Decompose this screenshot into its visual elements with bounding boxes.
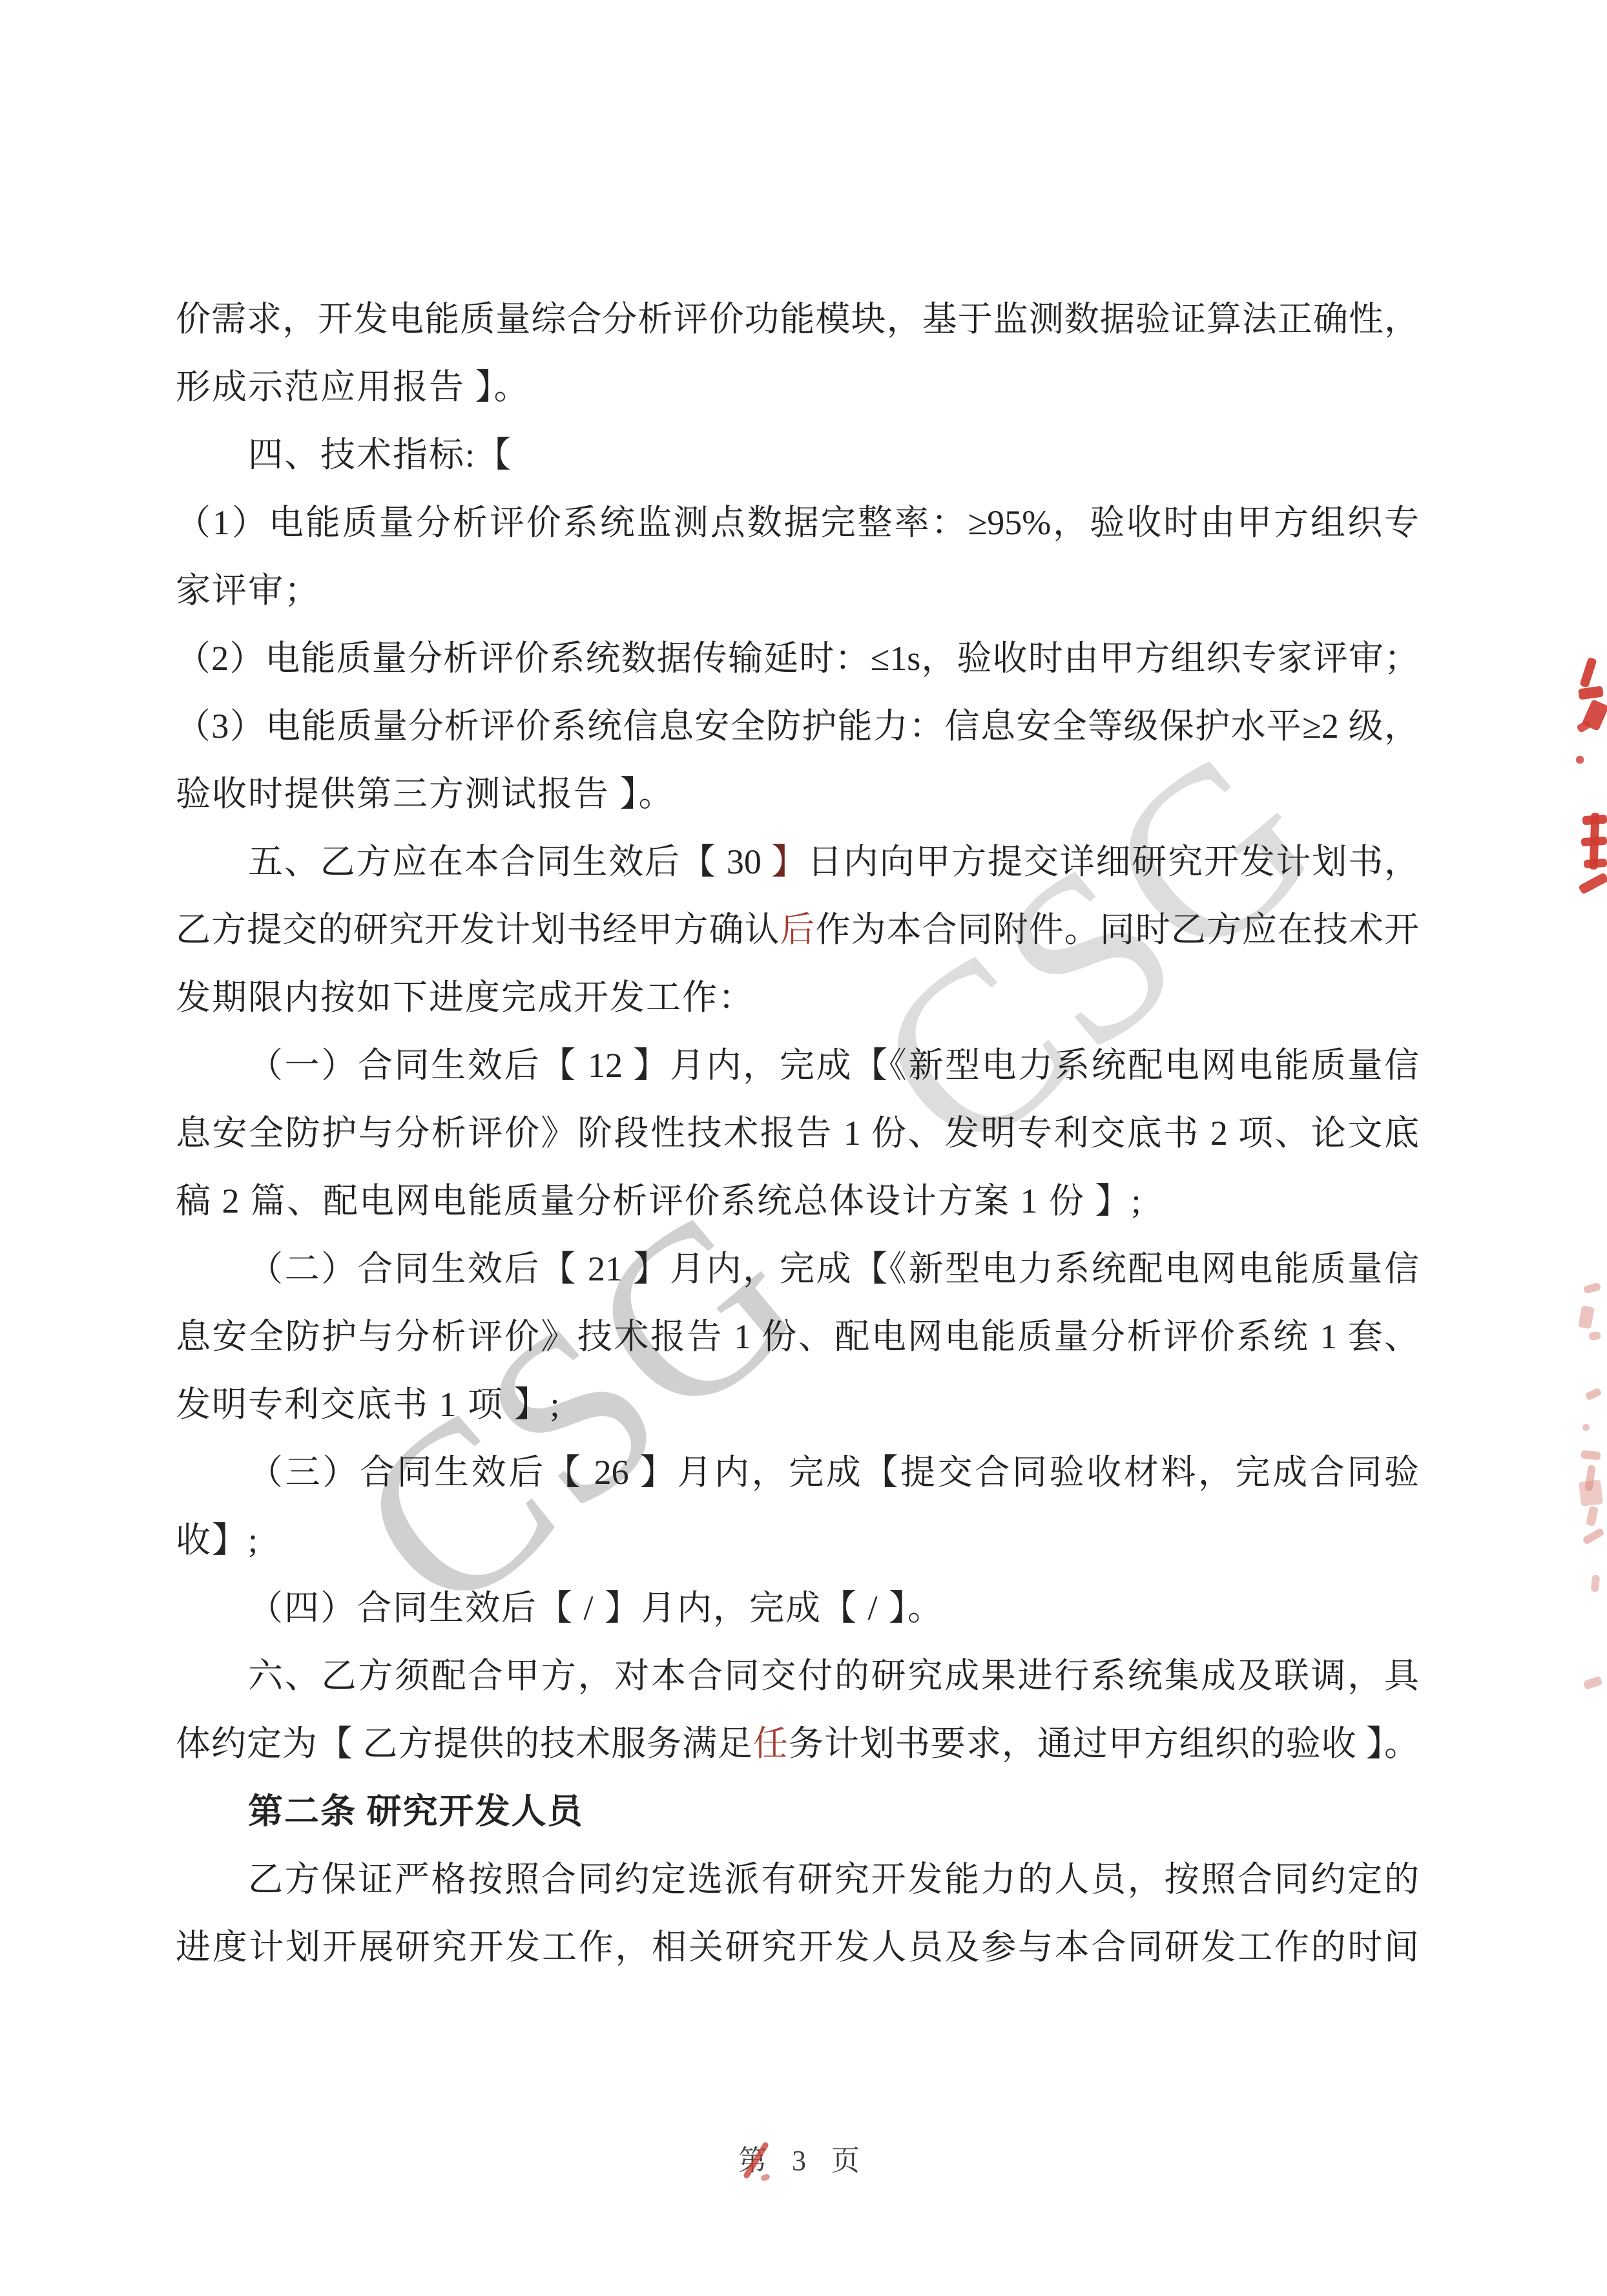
text-run: 家评审；	[176, 571, 320, 610]
document-line: （一）合同生效后【 12 】月内，完成【《新型电力系统配电网电能质量信	[176, 1032, 1419, 1100]
document-line: 验收时提供第三方测试报告 】。	[176, 760, 1419, 828]
text-run: 作为本合同附件。同时乙方应在技术开	[816, 910, 1419, 949]
text-run: （3）电能质量分析评价系统信息安全防护能力：信息安全等级保护水平≥2 级，	[176, 707, 1419, 746]
document-line: 第二条 研究开发人员	[176, 1778, 1419, 1846]
document-line: 乙方保证严格按照合同约定选派有研究开发能力的人员，按照合同约定的	[176, 1846, 1419, 1914]
seal-fragment	[1586, 1506, 1599, 1527]
text-run: 收】;	[176, 1521, 259, 1560]
seal-fragment	[1589, 813, 1599, 870]
scanned-contract-page: CSG CSG 价需求，开发电能质量综合分析评价功能模块，基于监测数据验证算法正…	[0, 0, 1607, 2296]
seal-fragment	[1584, 1465, 1595, 1491]
text-run: 息安全防护与分析评价》技术报告 1 份、配电网电能质量分析评价系统 1 套、	[176, 1317, 1419, 1356]
seal-fragment	[1585, 1387, 1602, 1401]
text-run: 进度计划开展研究开发工作，相关研究开发人员及参与本合同研发工作的时间	[176, 1928, 1419, 1967]
seal-fragment	[1589, 1331, 1601, 1341]
text-run: （四）合同生效后【 / 】月内，完成【 / 】。	[248, 1589, 944, 1627]
seal-fragment	[1582, 815, 1607, 826]
text-run: 乙方保证严格按照合同约定选派有研究开发能力的人员，按照合同约定的	[248, 1860, 1419, 1899]
document-line: 四、技术指标:【	[176, 421, 1419, 489]
document-line: 稿 2 篇、配电网电能质量分析评价系统总体设计方案 1 份 】;	[176, 1167, 1419, 1235]
document-line: （四）合同生效后【 / 】月内，完成【 / 】。	[176, 1574, 1419, 1642]
text-run: 形成示范应用报告 】。	[176, 368, 530, 406]
document-line: （3）电能质量分析评价系统信息安全防护能力：信息安全等级保护水平≥2 级，	[176, 693, 1419, 760]
seal-fragment	[1591, 1574, 1601, 1592]
text-run: 稿 2 篇、配电网电能质量分析评价系统总体设计方案 1 份 】;	[176, 1182, 1143, 1220]
document-line: 收】;	[176, 1507, 1419, 1574]
seal-fragment	[1584, 859, 1607, 868]
document-line: 乙方提交的研究开发计划书经甲方确认后作为本合同附件。同时乙方应在技术开	[176, 896, 1419, 964]
seal-fragment	[1579, 657, 1597, 688]
text-run: 价需求，开发电能质量综合分析评价功能模块，基于监测数据验证算法正确性，	[176, 300, 1419, 339]
seal-fragment	[1581, 1450, 1601, 1461]
document-body: 价需求，开发电能质量综合分析评价功能模块，基于监测数据验证算法正确性，形成示范应…	[176, 286, 1419, 1981]
text-run: 日内向甲方提交详细研究开发计划书，	[807, 842, 1419, 881]
document-line: 体约定为【 乙方提供的技术服务满足任务计划书要求，通过甲方组织的验收 】。	[176, 1710, 1419, 1778]
document-line: （二）合同生效后【 21 】月内，完成【《新型电力系统配电网电能质量信	[176, 1235, 1419, 1303]
text-run: 发期限内按如下进度完成开发工作：	[176, 978, 754, 1017]
seal-fragment	[1578, 1306, 1595, 1330]
text-run: 息安全防护与分析评价》阶段性技术报告 1 份、发明专利交底书 2 项、论文底	[176, 1114, 1419, 1153]
text-run: （三）合同生效后【 26 】月内，完成【提交合同验收材料，完成合同验	[248, 1453, 1419, 1492]
document-line: 六、乙方须配合甲方，对本合同交付的研究成果进行系统集成及联调，具	[176, 1642, 1419, 1710]
text-run: 后	[780, 910, 816, 949]
seal-fragment	[1576, 756, 1584, 764]
document-line: （2）电能质量分析评价系统数据传输延时：≤1s，验收时由甲方组织专家评审；	[176, 625, 1419, 693]
text-run: 】	[771, 842, 807, 881]
text-run: （二）合同生效后【 21 】月内，完成【《新型电力系统配电网电能质量信	[248, 1249, 1419, 1288]
seal-fragment	[1581, 837, 1607, 847]
text-run: 发明专利交底书 1 项 】;	[176, 1385, 561, 1424]
document-line: （1）电能质量分析评价系统监测点数据完整率：≥95%，验收时由甲方组织专	[176, 489, 1419, 557]
seal-fragment	[1576, 720, 1591, 733]
document-line: 息安全防护与分析评价》技术报告 1 份、配电网电能质量分析评价系统 1 套、	[176, 1303, 1419, 1371]
text-run: 务计划书要求，通过甲方组织的验收 】。	[789, 1724, 1419, 1763]
text-run: 四、技术指标:【	[248, 435, 512, 474]
seal-fragment	[1583, 1282, 1601, 1294]
seal-fragment	[1579, 1479, 1603, 1506]
document-line: 价需求，开发电能质量综合分析评价功能模块，基于监测数据验证算法正确性，	[176, 286, 1419, 353]
document-line: 发期限内按如下进度完成开发工作：	[176, 964, 1419, 1032]
seal-fragment	[1583, 1676, 1603, 1690]
page-number: 第 3 页	[0, 2137, 1607, 2178]
seal-fragment	[1578, 685, 1604, 700]
document-line: 发明专利交底书 1 项 】;	[176, 1371, 1419, 1439]
document-line: （三）合同生效后【 26 】月内，完成【提交合同验收材料，完成合同验	[176, 1439, 1419, 1507]
text-run: （1）电能质量分析评价系统监测点数据完整率：≥95%，验收时由甲方组织专	[176, 503, 1419, 542]
text-run: 体约定为【 乙方提供的技术服务满足	[176, 1724, 753, 1763]
document-line: 息安全防护与分析评价》阶段性技术报告 1 份、发明专利交底书 2 项、论文底	[176, 1100, 1419, 1167]
text-run: （2）电能质量分析评价系统数据传输延时：≤1s，验收时由甲方组织专家评审；	[176, 639, 1419, 678]
document-line: 家评审；	[176, 557, 1419, 625]
seal-fragment	[1582, 1424, 1590, 1431]
text-run: 五、乙方应在本合同生效后【 30	[248, 842, 771, 881]
text-run: 第二条 研究开发人员	[248, 1792, 584, 1831]
text-run: 六、乙方须配合甲方，对本合同交付的研究成果进行系统集成及联调，具	[248, 1656, 1419, 1695]
seal-fragment	[1578, 872, 1607, 895]
text-run: （一）合同生效后【 12 】月内，完成【《新型电力系统配电网电能质量信	[248, 1046, 1419, 1085]
document-line: 形成示范应用报告 】。	[176, 353, 1419, 421]
seal-fragment	[1582, 699, 1607, 731]
document-line: 五、乙方应在本合同生效后【 30 】日内向甲方提交详细研究开发计划书，	[176, 828, 1419, 896]
seal-fragment	[1582, 1527, 1604, 1545]
text-run: 乙方提交的研究开发计划书经甲方确认	[176, 910, 780, 949]
document-line: 进度计划开展研究开发工作，相关研究开发人员及参与本合同研发工作的时间	[176, 1914, 1419, 1981]
text-run: 验收时提供第三方测试报告 】。	[176, 775, 675, 813]
text-run: 任	[753, 1724, 789, 1763]
